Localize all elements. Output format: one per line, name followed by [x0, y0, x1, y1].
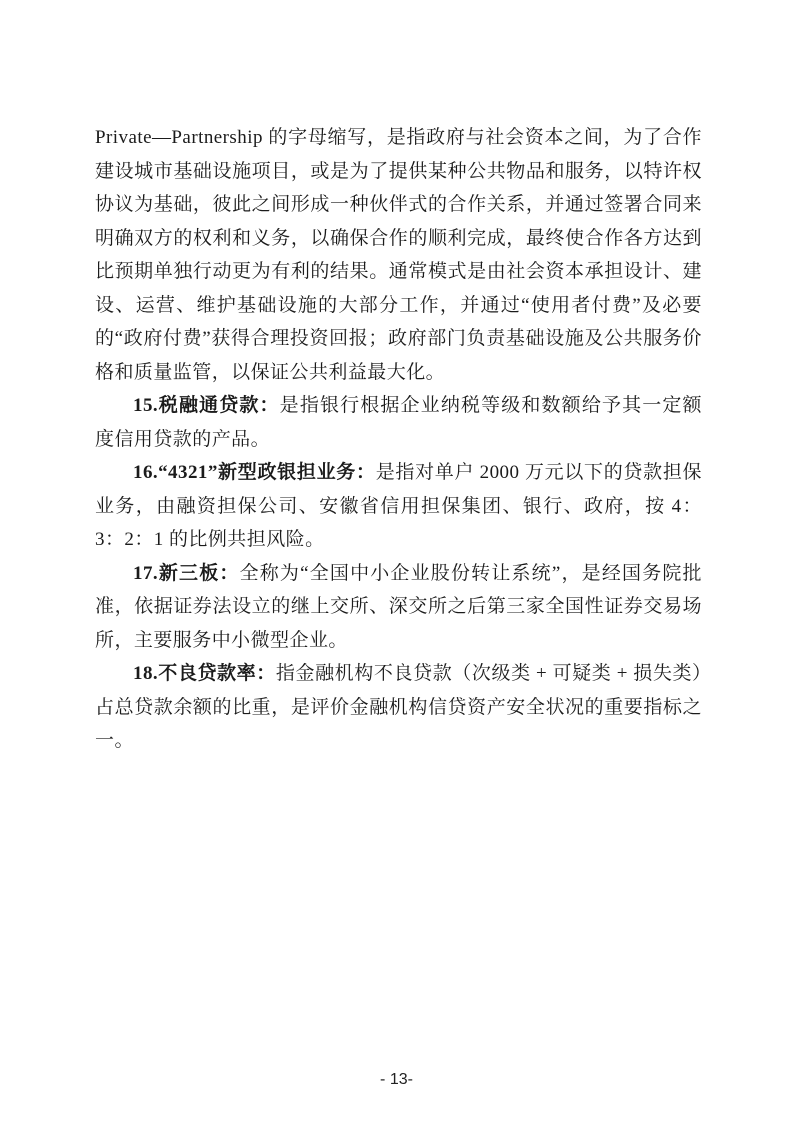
document-page: Private—Partnership 的字母缩写，是指政府与社会资本之间，为了… [0, 0, 793, 1122]
document-body: Private—Partnership 的字母缩写，是指政府与社会资本之间，为了… [95, 121, 702, 758]
paragraph: 15.税融通贷款：是指银行根据企业纳税等级和数额给予其一定额度信用贷款的产品。 [95, 389, 702, 456]
paragraph-text: Private—Partnership 的字母缩写，是指政府与社会资本之间，为了… [95, 127, 702, 383]
paragraph: 17.新三板：全称为“全国中小企业股份转让系统”，是经国务院批准，依据证券法设立… [95, 557, 702, 658]
paragraph: Private—Partnership 的字母缩写，是指政府与社会资本之间，为了… [95, 121, 702, 389]
paragraph: 18.不良贷款率：指金融机构不良贷款（次级类 + 可疑类 + 损失类）占总贷款余… [95, 657, 702, 758]
term-label: 18.不良贷款率： [133, 663, 276, 684]
term-label: 15.税融通贷款： [133, 395, 280, 416]
term-label: 16.“4321”新型政银担业务： [133, 462, 376, 483]
term-label: 17.新三板： [133, 563, 240, 584]
page-number: - 13- [0, 1071, 793, 1089]
paragraph: 16.“4321”新型政银担业务：是指对单户 2000 万元以下的贷款担保业务，… [95, 456, 702, 557]
